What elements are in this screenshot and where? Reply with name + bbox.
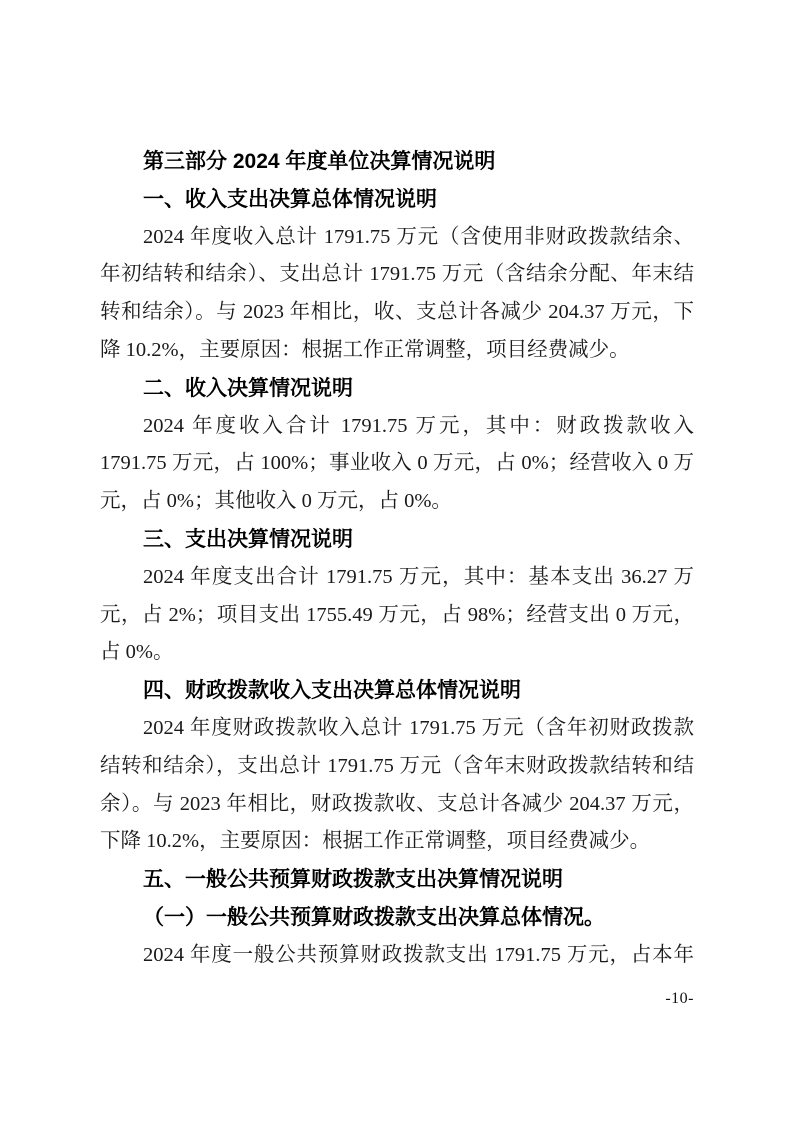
part-heading: 第三部分 2024 年度单位决算情况说明 (100, 143, 694, 181)
paragraph-line: 2024 年度收入合计 1791.75 万元，其中：财政拨款收入 (100, 408, 694, 446)
section-heading-2: 二、收入决算情况说明 (100, 370, 694, 408)
section-heading-5: 五、一般公共预算财政拨款支出决算情况说明 (100, 861, 694, 899)
paragraph-line: 元，占 2%；项目支出 1755.49 万元，占 98%；经营支出 0 万元， (100, 597, 694, 635)
paragraph-line: 2024 年度收入总计 1791.75 万元（含使用非财政拨款结余、 (100, 219, 694, 257)
paragraph-line: 2024 年度一般公共预算财政拨款支出 1791.75 万元，占本年 (100, 937, 694, 975)
section-heading-1: 一、收入支出决算总体情况说明 (100, 181, 694, 219)
paragraph-line: 结转和结余），支出总计 1791.75 万元（含年末财政拨款结转和结 (100, 748, 694, 786)
document-body: 第三部分 2024 年度单位决算情况说明 一、收入支出决算总体情况说明 2024… (100, 143, 694, 975)
paragraph-line: 下降 10.2%，主要原因：根据工作正常调整，项目经费减少。 (100, 823, 694, 861)
paragraph-line: 占 0%。 (100, 634, 694, 672)
paragraph-line: 年初结转和结余）、支出总计 1791.75 万元（含结余分配、年末结 (100, 256, 694, 294)
sub-heading-5-1: （一）一般公共预算财政拨款支出决算总体情况。 (100, 899, 694, 937)
paragraph-line: 转和结余）。与 2023 年相比，收、支总计各减少 204.37 万元，下 (100, 294, 694, 332)
paragraph-line: 1791.75 万元，占 100%；事业收入 0 万元，占 0%；经营收入 0 … (100, 445, 694, 483)
paragraph-line: 降 10.2%，主要原因：根据工作正常调整，项目经费减少。 (100, 332, 694, 370)
paragraph-line: 2024 年度财政拨款收入总计 1791.75 万元（含年初财政拨款 (100, 710, 694, 748)
paragraph-line: 2024 年度支出合计 1791.75 万元，其中：基本支出 36.27 万 (100, 559, 694, 597)
document-page: 第三部分 2024 年度单位决算情况说明 一、收入支出决算总体情况说明 2024… (0, 0, 793, 1122)
paragraph-line: 元，占 0%；其他收入 0 万元，占 0%。 (100, 483, 694, 521)
section-heading-4: 四、财政拨款收入支出决算总体情况说明 (100, 672, 694, 710)
page-number: -10- (665, 990, 694, 1008)
paragraph-line: 余）。与 2023 年相比，财政拨款收、支总计各减少 204.37 万元， (100, 786, 694, 824)
section-heading-3: 三、支出决算情况说明 (100, 521, 694, 559)
